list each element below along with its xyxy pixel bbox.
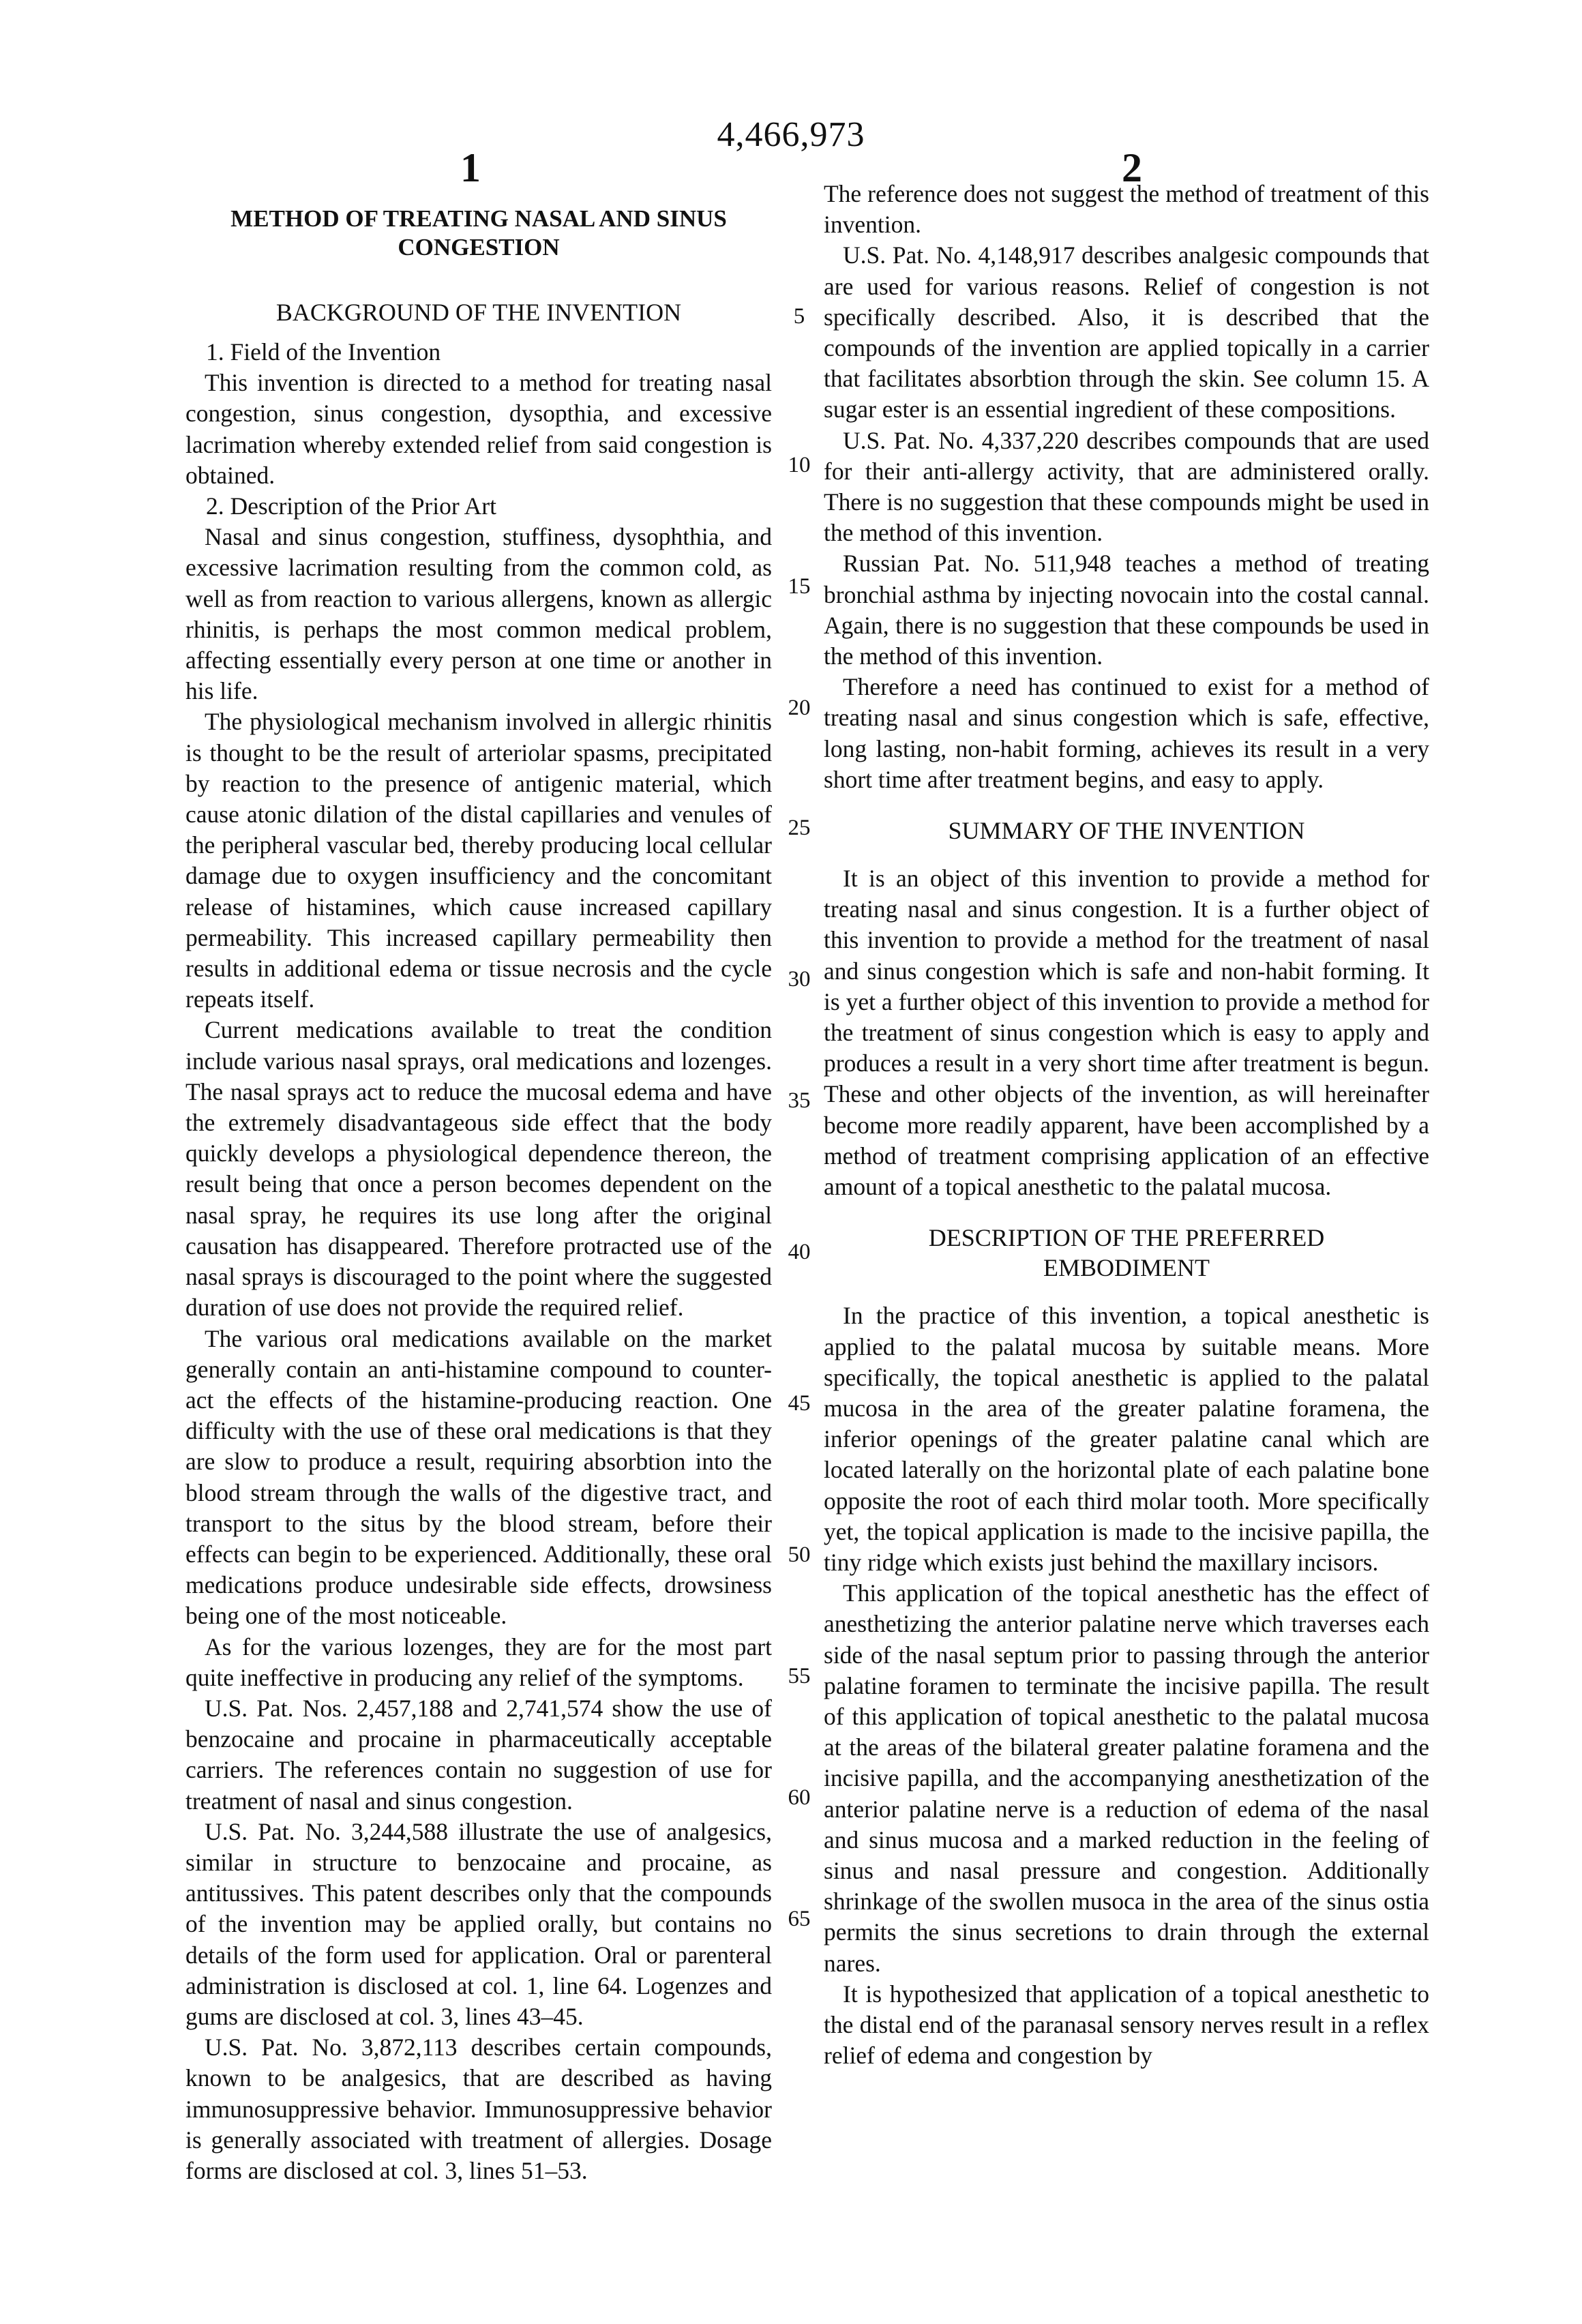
line-number: 10: [783, 453, 816, 477]
line-number: 35: [783, 1088, 816, 1113]
paragraph: This application of the topical anesthet…: [824, 1578, 1429, 1979]
background-heading: BACKGROUND OF THE INVENTION: [185, 297, 772, 327]
line-number: 60: [783, 1785, 816, 1810]
line-number: 40: [783, 1240, 816, 1264]
paragraph: Nasal and sinus congestion, stuffiness, …: [185, 522, 772, 706]
field-subheading: 1. Field of the Invention: [185, 337, 772, 368]
line-number: 45: [783, 1391, 816, 1416]
line-number: 55: [783, 1664, 816, 1688]
description-heading: DESCRIPTION OF THE PREFERRED EMBODIMENT: [824, 1223, 1429, 1283]
paragraph: In the practice of this invention, a top…: [824, 1300, 1429, 1578]
paragraph: Therefore a need has continued to exist …: [824, 672, 1429, 795]
line-number: 20: [783, 696, 816, 720]
paragraph: It is an object of this invention to pro…: [824, 863, 1429, 1202]
left-column: METHOD OF TREATING NASAL AND SINUS CONGE…: [185, 205, 772, 2186]
paragraph: This invention is directed to a method f…: [185, 368, 772, 491]
paragraph: U.S. Pat. No. 4,148,917 describes analge…: [824, 240, 1429, 425]
paragraph: U.S. Pat. Nos. 2,457,188 and 2,741,574 s…: [185, 1693, 772, 1817]
line-number: 15: [783, 574, 816, 599]
column-number-left: 1: [436, 145, 505, 192]
paragraph: U.S. Pat. No. 3,244,588 illustrate the u…: [185, 1817, 772, 2032]
line-number: 25: [783, 816, 816, 840]
paragraph: Russian Pat. No. 511,948 teaches a metho…: [824, 548, 1429, 672]
paragraph: Current medications available to treat t…: [185, 1015, 772, 1323]
line-number: 5: [783, 304, 816, 329]
paragraph: U.S. Pat. No. 4,337,220 describes compou…: [824, 426, 1429, 549]
paragraph: The various oral medications available o…: [185, 1324, 772, 1632]
paragraph: The physiological mechanism involved in …: [185, 706, 772, 1015]
right-column: The reference does not suggest the metho…: [824, 179, 1429, 2071]
line-number: 30: [783, 967, 816, 992]
patent-number: 4,466,973: [0, 115, 1582, 155]
prior-art-subheading: 2. Description of the Prior Art: [185, 491, 772, 522]
line-number: 65: [783, 1907, 816, 1931]
line-number: 50: [783, 1543, 816, 1567]
summary-heading: SUMMARY OF THE INVENTION: [824, 816, 1429, 846]
paragraph: U.S. Pat. No. 3,872,113 describes certai…: [185, 2032, 772, 2186]
document-title: METHOD OF TREATING NASAL AND SINUS CONGE…: [185, 205, 772, 262]
paragraph: The reference does not suggest the metho…: [824, 179, 1429, 240]
paragraph: As for the various lozenges, they are fo…: [185, 1632, 772, 1693]
paragraph: It is hypothesized that application of a…: [824, 1979, 1429, 2072]
